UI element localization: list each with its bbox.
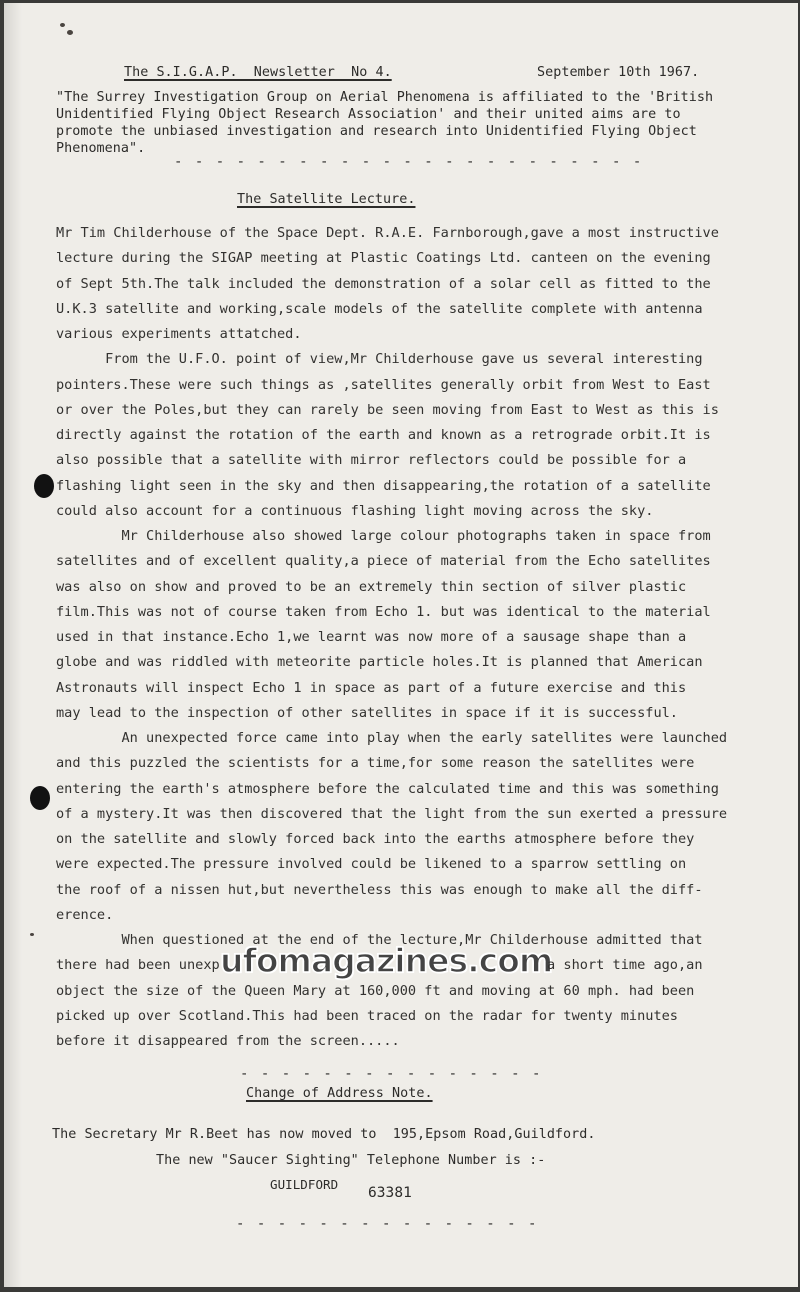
lecture-line: may lead to the inspection of other sate… [56, 705, 678, 721]
lecture-line: Mr Tim Childerhouse of the Space Dept. R… [56, 225, 719, 241]
lecture-line: of Sept 5th.The talk included the demons… [56, 276, 711, 292]
ink-speck [60, 23, 65, 27]
lecture-line: of a mystery.It was then discovered that… [56, 806, 727, 822]
ink-speck [30, 933, 34, 936]
newsletter-page: The S.I.G.A.P. Newsletter No 4. Septembe… [4, 3, 798, 1287]
lecture-line: and this puzzled the scientists for a ti… [56, 755, 694, 771]
intro-line: Phenomena". [56, 141, 145, 156]
lecture-line: pointers.These were such things as ,sate… [56, 377, 711, 393]
punch-hole [30, 786, 50, 810]
newsletter-date: September 10th 1967. [537, 65, 699, 80]
lecture-line: globe and was riddled with meteorite par… [56, 654, 703, 670]
lecture-line: there had been unexp a short time ago,an [56, 957, 703, 973]
lecture-line: Mr Childerhouse also showed large colour… [56, 528, 711, 544]
separator: - - - - - - - - - - - - - - - [236, 1216, 538, 1232]
lecture-line: could also account for a continuous flas… [56, 503, 653, 519]
intro-line: Unidentified Flying Object Research Asso… [56, 107, 681, 122]
lecture-line: entering the earth's atmosphere before t… [56, 781, 719, 797]
intro-line: "The Surrey Investigation Group on Aeria… [56, 90, 713, 105]
newsletter-title: The S.I.G.A.P. Newsletter No 4. [124, 65, 392, 80]
phone-number: 63381 [368, 1185, 412, 1201]
separator: - - - - - - - - - - - - - - - - - - - - … [174, 154, 643, 170]
address-moved-line: The Secretary Mr R.Beet has now moved to… [52, 1127, 596, 1142]
lecture-line: An unexpected force came into play when … [56, 730, 727, 746]
punch-hole [34, 474, 54, 498]
lecture-line: From the U.F.O. point of view,Mr Childer… [56, 351, 703, 367]
lecture-line: was also on show and proved to be an ext… [56, 579, 686, 595]
lecture-line: satellites and of excellent quality,a pi… [56, 553, 711, 569]
lecture-line: directly against the rotation of the ear… [56, 427, 711, 443]
lecture-line: picked up over Scotland.This had been tr… [56, 1008, 678, 1024]
lecture-line: lecture during the SIGAP meeting at Plas… [56, 250, 711, 266]
phone-exchange: GUILDFORD [270, 1177, 338, 1192]
lecture-line: on the satellite and slowly forced back … [56, 831, 694, 847]
ink-speck [67, 30, 73, 35]
lecture-line: the roof of a nissen hut,but nevertheles… [56, 882, 703, 898]
lecture-line: When questioned at the end of the lectur… [56, 932, 703, 948]
section-heading-lecture: The Satellite Lecture. [237, 192, 415, 207]
lecture-line: object the size of the Queen Mary at 160… [56, 983, 694, 999]
lecture-line: were expected.The pressure involved coul… [56, 856, 686, 872]
separator: - - - - - - - - - - - - - - - [240, 1066, 542, 1082]
lecture-line: also possible that a satellite with mirr… [56, 452, 686, 468]
phone-intro: The new "Saucer Sighting" Telephone Numb… [156, 1153, 545, 1168]
lecture-line: various experiments attatched. [56, 326, 302, 342]
lecture-line: before it disappeared from the screen...… [56, 1033, 400, 1049]
lecture-line: Astronauts will inspect Echo 1 in space … [56, 680, 686, 696]
lecture-line: U.K.3 satellite and working,scale models… [56, 301, 703, 317]
intro-line: promote the unbiased investigation and r… [56, 124, 697, 139]
lecture-line: flashing light seen in the sky and then … [56, 478, 711, 494]
section-heading-address: Change of Address Note. [246, 1086, 433, 1101]
lecture-line: used in that instance.Echo 1,we learnt w… [56, 629, 686, 645]
lecture-line: or over the Poles,but they can rarely be… [56, 402, 719, 418]
lecture-line: film.This was not of course taken from E… [56, 604, 711, 620]
lecture-line: erence. [56, 907, 113, 923]
